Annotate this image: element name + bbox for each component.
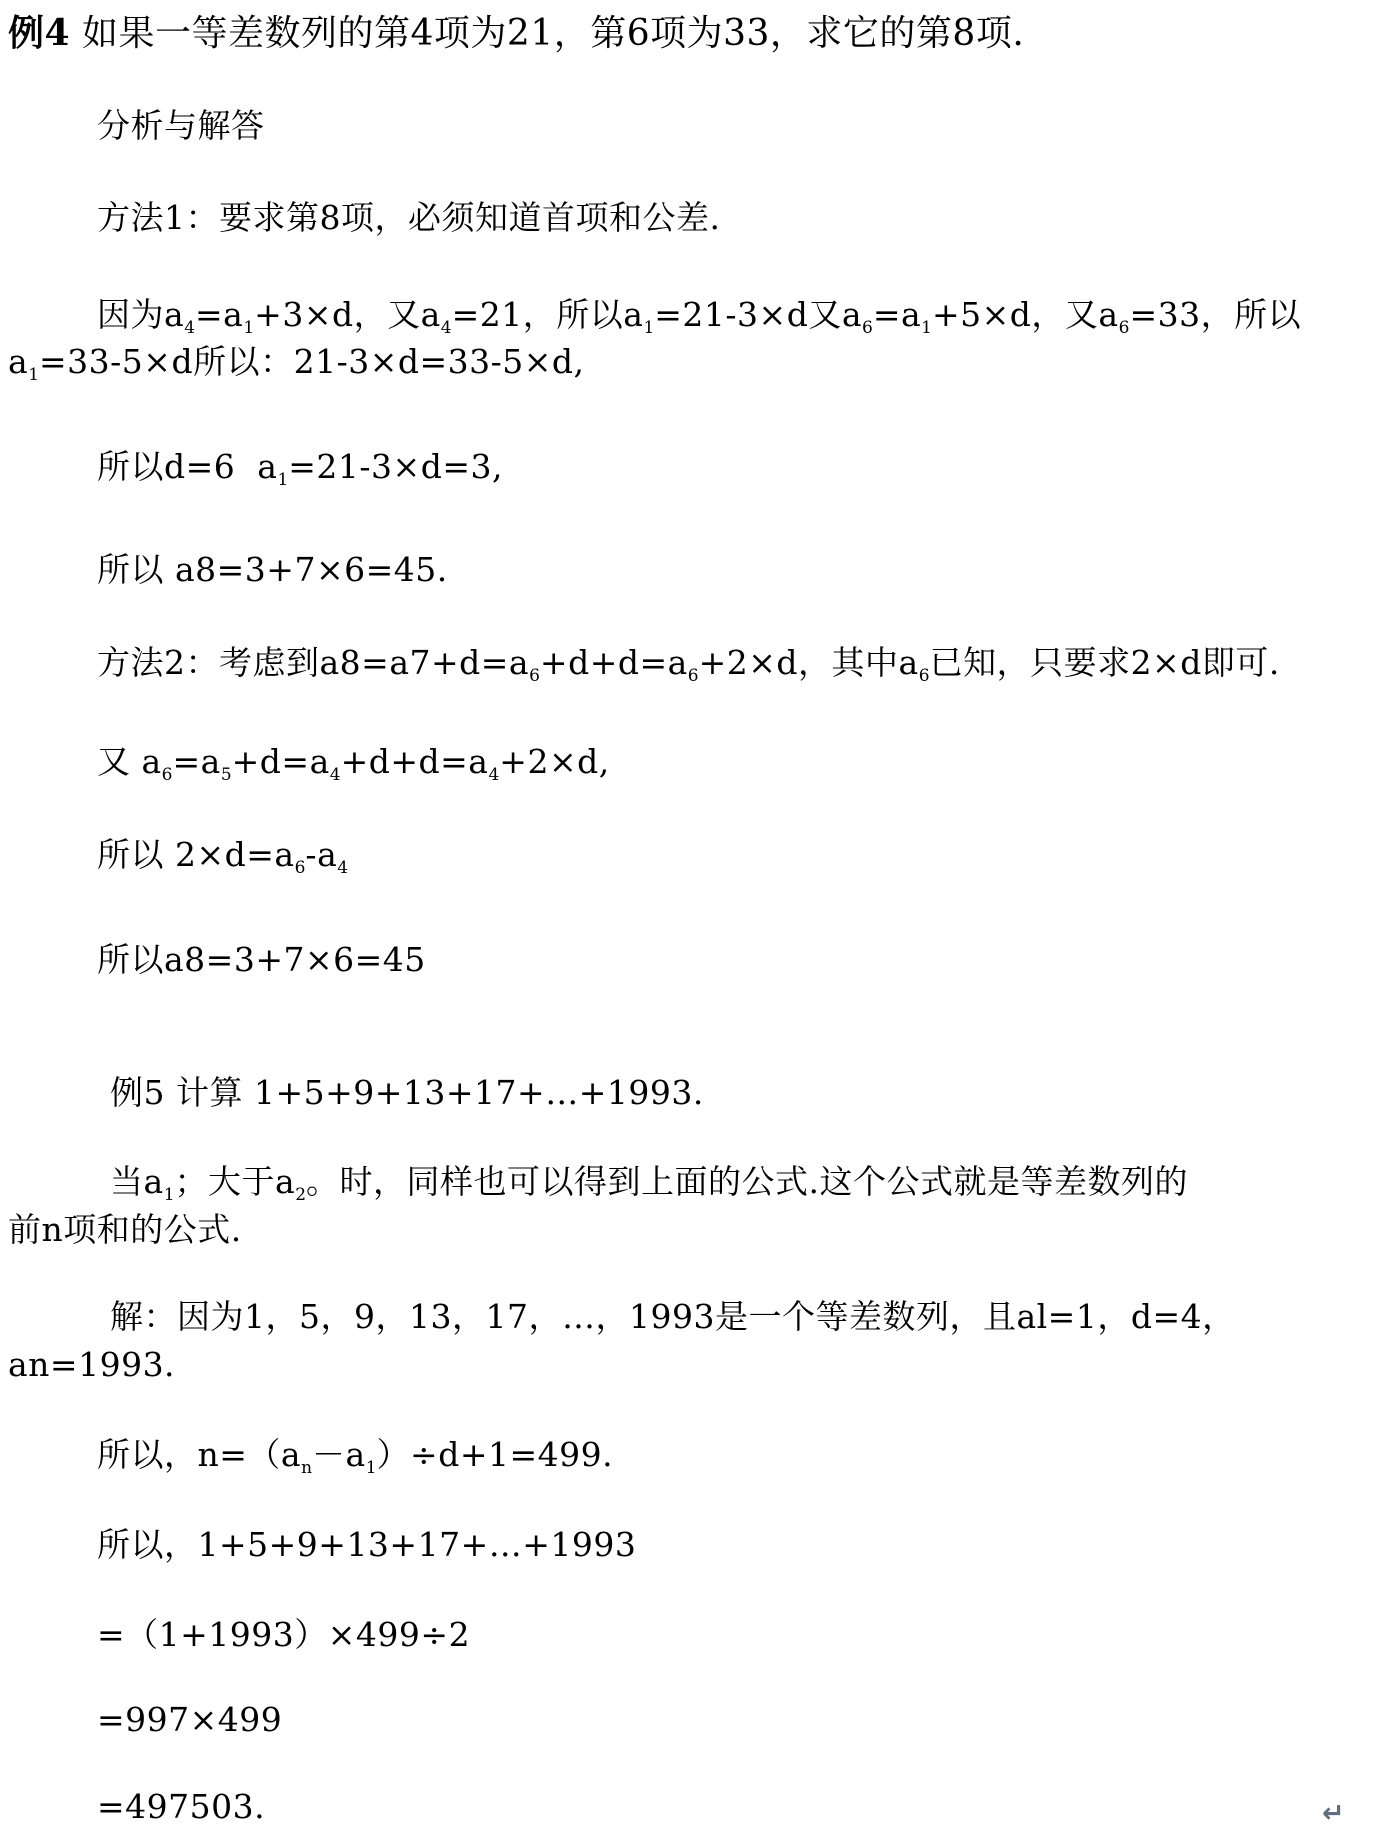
text-line-13: 当a1；大于a2。时，同样也可以得到上面的公式.这个公式就是等差数列的: [110, 1162, 1188, 1205]
text-run: =21-3×d又a: [654, 295, 862, 334]
subscript: 4: [441, 318, 452, 338]
text-run: =a: [173, 742, 221, 781]
text-run: +5×d，又a: [932, 295, 1119, 334]
text-line-5: a1=33-5×d所以：21-3×d=33-5×d,: [8, 342, 585, 385]
subscript: 6: [295, 858, 306, 878]
subscript: 2: [295, 1185, 306, 1205]
document-page: ↵ 例4 如果一等差数列的第4项为21，第6项为33，求它的第8项.分析与解答方…: [0, 0, 1386, 1844]
text-run: =33，所以: [1129, 295, 1301, 334]
text-run: =497503.: [97, 1787, 265, 1826]
text-run: ；大于a: [175, 1162, 296, 1201]
subscript: 1: [164, 1185, 175, 1205]
subscript: 4: [488, 765, 499, 785]
subscript: 1: [366, 1458, 377, 1478]
text-run: -a: [305, 835, 337, 874]
text-run: 所以a8=3+7×6=45: [97, 940, 426, 979]
text-line-16: an=1993.: [8, 1345, 175, 1385]
paragraph-return-icon: ↵: [1322, 1798, 1345, 1829]
text-line-6: 所以d=6 a1=21-3×d=3,: [97, 447, 503, 490]
text-run: =（1+1993）×499÷2: [97, 1615, 470, 1654]
text-run: =21，所以a: [452, 295, 644, 334]
subscript: 4: [337, 858, 348, 878]
text-run: =a: [195, 295, 243, 334]
text-run: 如果一等差数列的第4项为21，第6项为33，求它的第8项.: [70, 13, 1024, 54]
text-line-9: 又 a6=a5+d=a4+d+d=a4+2×d,: [97, 742, 610, 785]
text-run: 所以，1+5+9+13+17+…+1993: [97, 1525, 636, 1564]
text-run: 。时，同样也可以得到上面的公式.这个公式就是等差数列的: [306, 1162, 1188, 1201]
text-run: 方法2：考虑到a8=a7+d=a: [97, 643, 529, 682]
text-run: 又 a: [97, 742, 162, 781]
subscript: 5: [221, 765, 232, 785]
text-line-20: =997×499: [97, 1700, 282, 1740]
text-line-2: 分析与解答: [97, 106, 265, 146]
text-line-21: =497503.: [97, 1787, 265, 1827]
text-run: 所以，n=（a: [97, 1435, 301, 1474]
text-line-3: 方法1：要求第8项，必须知道首项和公差.: [97, 198, 720, 238]
text-line-12: 例5 计算 1+5+9+13+17+…+1993.: [110, 1073, 704, 1113]
text-run: 分析与解答: [97, 106, 265, 145]
text-line-15: 解：因为1，5，9，13，17，…，1993是一个等差数列，且al=1，d=4，: [110, 1297, 1236, 1337]
text-line-14: 前n项和的公式.: [8, 1210, 242, 1250]
text-run: an=1993.: [8, 1345, 175, 1384]
text-run: 所以 2×d=a: [97, 835, 295, 874]
text-run: =a: [873, 295, 921, 334]
subscript: 6: [862, 318, 873, 338]
text-line-4: 因为a4=a1+3×d，又a4=21，所以a1=21-3×d又a6=a1+5×d…: [97, 295, 1301, 338]
text-run: 当a: [110, 1162, 164, 1201]
text-run: 所以d=6 a: [97, 447, 277, 486]
text-run: +2×d,: [499, 742, 609, 781]
bold-label: 例4: [8, 12, 70, 54]
text-run: =997×499: [97, 1700, 282, 1739]
text-line-17: 所以，n=（an－a1）÷d+1=499.: [97, 1435, 613, 1478]
subscript: 1: [643, 318, 654, 338]
subscript: 6: [529, 666, 540, 686]
subscript: 6: [1119, 318, 1130, 338]
text-line-8: 方法2：考虑到a8=a7+d=a6+d+d=a6+2×d，其中a6已知，只要求2…: [97, 643, 1280, 686]
text-run: ）÷d+1=499.: [377, 1435, 614, 1474]
text-run: +d=a: [232, 742, 330, 781]
text-line-1: 例4 如果一等差数列的第4项为21，第6项为33，求它的第8项.: [8, 12, 1024, 55]
text-run: －a: [312, 1435, 366, 1474]
subscript: 1: [243, 318, 254, 338]
text-line-11: 所以a8=3+7×6=45: [97, 940, 426, 980]
subscript: 4: [184, 318, 195, 338]
text-run: +d+d=a: [540, 643, 688, 682]
subscript: 4: [330, 765, 341, 785]
text-run: +d+d=a: [341, 742, 489, 781]
text-line-19: =（1+1993）×499÷2: [97, 1615, 470, 1655]
text-run: =33-5×d所以：21-3×d=33-5×d,: [39, 342, 585, 381]
text-run: 例5 计算 1+5+9+13+17+…+1993.: [110, 1073, 704, 1112]
text-line-7: 所以 a8=3+7×6=45.: [97, 550, 448, 590]
text-run: 解：因为1，5，9，13，17，…，1993是一个等差数列，且al=1，d=4，: [110, 1297, 1236, 1336]
text-run: a: [8, 342, 28, 381]
text-run: 已知，只要求2×d即可.: [930, 643, 1280, 682]
text-run: 所以 a8=3+7×6=45.: [97, 550, 448, 589]
text-line-18: 所以，1+5+9+13+17+…+1993: [97, 1525, 636, 1565]
subscript: n: [301, 1458, 312, 1478]
text-run: 方法1：要求第8项，必须知道首项和公差.: [97, 198, 720, 237]
text-run: +3×d，又a: [254, 295, 441, 334]
subscript: 1: [921, 318, 932, 338]
subscript: 6: [162, 765, 173, 785]
subscript: 1: [277, 470, 288, 490]
text-run: +2×d，其中a: [699, 643, 919, 682]
text-run: 因为a: [97, 295, 184, 334]
text-line-10: 所以 2×d=a6-a4: [97, 835, 348, 878]
text-run: 前n项和的公式.: [8, 1210, 242, 1249]
text-run: =21-3×d=3,: [288, 447, 503, 486]
subscript: 1: [28, 365, 39, 385]
subscript: 6: [688, 666, 699, 686]
subscript: 6: [919, 666, 930, 686]
